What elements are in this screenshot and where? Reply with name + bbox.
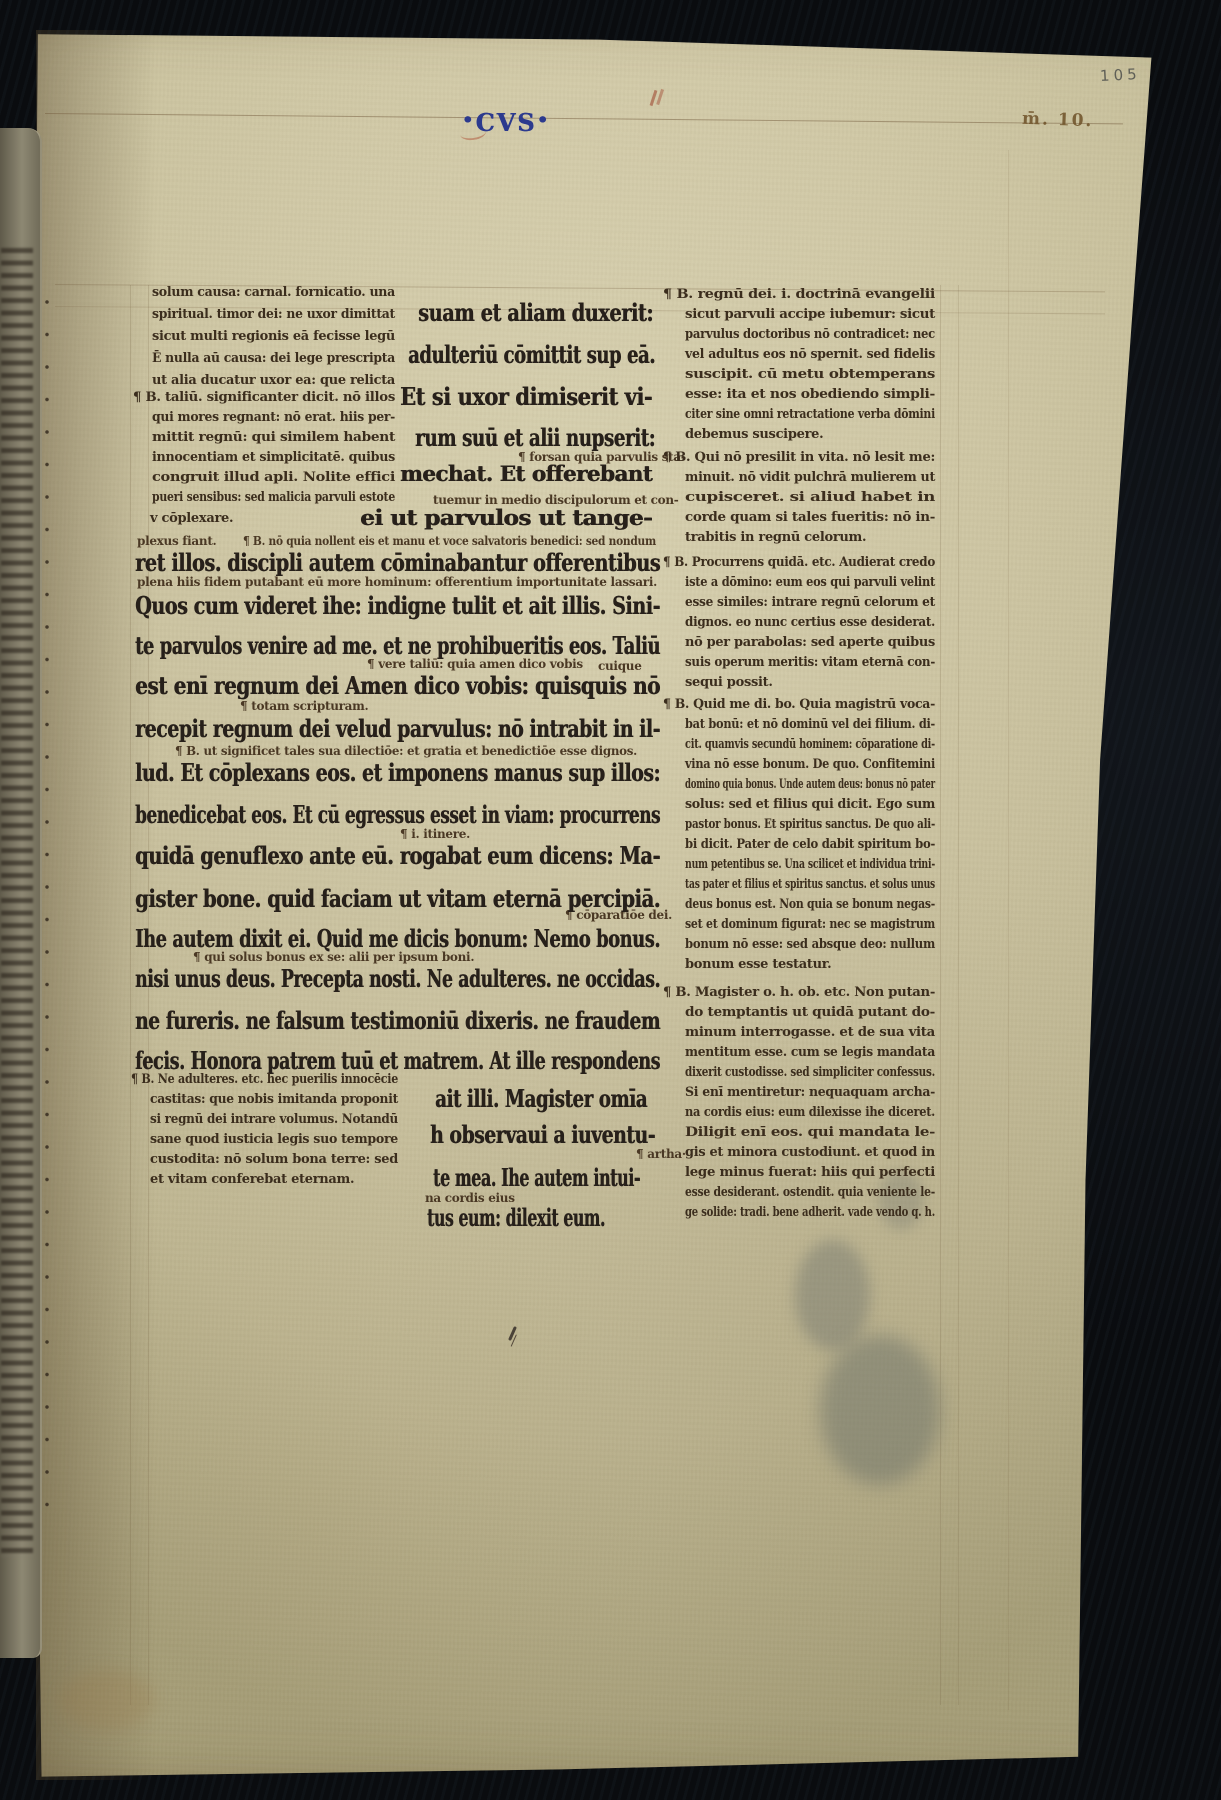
gloss-line: citer sine omni retractatione verba dōmi… [685, 407, 935, 422]
gloss-line: do temptantis ut quidā putant do- [685, 1005, 935, 1020]
gloss-line: Diligit enī eos. qui mandata le- [685, 1125, 935, 1140]
main-text-line: h observaui a iuventu- [430, 1122, 655, 1148]
gloss-line: corde quam si tales fueritis: nō in- [685, 510, 935, 525]
gloss-line: bonum nō esse: sed absque deo: nullum [685, 937, 935, 952]
main-text-line: te parvulos venire ad me. et ne prohibue… [135, 633, 660, 659]
gloss-line: tas pater et filius et spiritus sanctus.… [685, 877, 935, 892]
gloss-line: ge solide: tradi. bene adherit. vade ven… [685, 1205, 935, 1220]
gloss-line: congruit illud apli. Nolite effici [152, 470, 395, 485]
gloss-line: sicut parvuli accipe iubemur: sicut [685, 307, 935, 322]
gloss-line: sicut multi regionis eā fecisse legū [152, 329, 395, 344]
running-title: ·cvs· [448, 100, 564, 140]
interlinear-gloss: ¶ totam scripturam. [240, 699, 368, 713]
main-text-line: Quos cum videret ihe: indigne tulit et a… [135, 593, 660, 619]
gloss-line: solum causa: carnal. fornicatio. una [152, 285, 395, 300]
gloss-line: ¶ B. Magister o. h. ob. etc. Non putan- [663, 985, 935, 1000]
gloss-line: bat bonū: et nō dominū vel dei filium. d… [685, 717, 935, 732]
gloss-line: pueri sensibus: sed malicia parvuli esto… [152, 490, 395, 505]
main-text-line: ne fureris. ne falsum testimoniū dixeris… [135, 1008, 660, 1034]
gloss-line: esse: ita et nos obediendo simpli- [685, 387, 935, 402]
gloss-line: mentitum esse. cum se legis mandata [685, 1045, 935, 1060]
gloss-line: v cōplexare. [150, 511, 233, 526]
gloss-line: vina nō esse bonum. De quo. Confitemini [685, 757, 935, 772]
folio-number: 105 [1100, 65, 1142, 85]
gloss-line: esse desiderant. ostendit. quia veniente… [685, 1185, 935, 1200]
gloss-line: suscipit. cū metu obtemperans [685, 367, 935, 382]
main-text-line: suam et aliam duxerit: [418, 300, 653, 326]
gloss-line: ut alia ducatur uxor ea: que relicta [152, 373, 395, 388]
gloss-line: Si enī mentiretur: nequaquam archa- [685, 1085, 935, 1100]
main-text-line: lud. Et cōplexans eos. et imponens manus… [135, 760, 660, 786]
main-text-line: fecis. Honora patrem tuū et matrem. At i… [135, 1048, 660, 1074]
gloss-line: lege minus fuerat: hiis qui perfecti [685, 1165, 935, 1180]
gloss-line: bonum esse testatur. [685, 957, 831, 972]
gloss-line: castitas: que nobis imitanda proponit [150, 1092, 398, 1107]
gloss-line: na cordis eius: eum dilexisse ihe dicere… [685, 1105, 935, 1120]
ruled-line-vertical [940, 285, 941, 1705]
gloss-line: set et dominum figurat: nec se magistrum [685, 917, 935, 932]
gloss-line: custodita: nō solum bona terre: sed [150, 1152, 398, 1167]
main-text-line: mechat. Et offerebant [400, 461, 652, 487]
gloss-line: dignos. eo nunc certius esse desiderat. [685, 615, 935, 630]
main-text-line: tus eum: dilexit eum. [427, 1205, 605, 1231]
main-text-line: quidā genuflexo ante eū. rogabat eum dic… [135, 843, 660, 869]
gloss-line: ¶ B. Qui nō presilit in vita. nō lesit m… [663, 450, 935, 465]
gloss-line: cit. quamvis secundū hominem: cōparation… [685, 737, 935, 752]
gloss-line: ¶ B. taliū. significanter dicit. nō illo… [133, 390, 395, 405]
gloss-line: mittit regnū: qui similem habent [152, 430, 395, 445]
manuscript-photo: ·cvs· 105 m̄. 10. solum causa: carnal. f… [0, 0, 1221, 1800]
chapter-mark: m̄. 10. [1022, 109, 1094, 131]
gloss-line: parvulus doctoribus nō contradicet: nec [685, 327, 935, 342]
ruled-line-vertical [130, 285, 131, 1705]
interlinear-gloss: ¶ forsan quia parvulis sta- [518, 450, 686, 464]
ruled-line-vertical [958, 285, 959, 1705]
gloss-line: nō per parabolas: sed aperte quibus [685, 635, 935, 650]
gloss-line: minuit. nō vidit pulchrā mulierem ut [685, 470, 935, 485]
gloss-line: et vitam conferebat eternam. [150, 1172, 354, 1187]
main-text-line: recepit regnum dei velud parvulus: nō in… [135, 716, 660, 742]
previous-page-edge [0, 128, 42, 1658]
gloss-line: sequi possit. [685, 675, 773, 690]
gloss-line: vel adultus eos nō spernit. sed fidelis [685, 347, 935, 362]
gloss-line: domino quia bonus. Unde autem deus: bonu… [685, 777, 935, 792]
main-text-line: ei ut parvulos ut tange- [360, 505, 652, 531]
pricking-marks [44, 298, 52, 1508]
gloss-line: ¶ B. Quid me di. bo. Quia magistrū voca- [663, 697, 935, 712]
gloss-line: minum interrogasse. et de sua vita [685, 1025, 935, 1040]
interlinear-gloss: ¶ artha· [636, 1147, 686, 1161]
main-text-line: te mea. Ihe autem intui- [433, 1165, 640, 1191]
gloss-line: trabitis in regnū celorum. [685, 530, 866, 545]
gloss-line: innocentiam et simplicitatē. quibus [152, 450, 395, 465]
gloss-line: qui mores regnant: nō erat. hiis per- [152, 410, 395, 425]
gloss-line: spiritual. timor dei: ne uxor dimittat [152, 307, 395, 322]
stain [60, 1670, 155, 1730]
main-text-line: est enī regnum dei Amen dico vobis: quis… [135, 673, 660, 699]
main-text-line: Ihe autem dixit ei. Quid me dicis bonum:… [135, 926, 660, 952]
gloss-line: dixerit custodisse. sed simpliciter conf… [685, 1065, 935, 1080]
stain [795, 1240, 870, 1350]
ruled-line-vertical [148, 285, 149, 1705]
gloss-line: cupisceret. si aliud habet in [685, 490, 935, 505]
main-text-line: Et si uxor dimiserit vi- [400, 384, 652, 410]
gloss-line: ¶ B. Procurrens quidā. etc. Audierat cre… [663, 555, 935, 570]
gloss-line: esse similes: intrare regnū celorum et [685, 595, 935, 610]
gloss-line: num petentibus se. Una scilicet et indiv… [685, 857, 935, 872]
stain [820, 1335, 940, 1485]
gloss-line: suis operum meritis: vitam eternā con- [685, 655, 935, 670]
interlinear-gloss: plexus fiant. [137, 534, 216, 548]
interlinear-gloss: ¶ B. ut significet tales sua dilectiōe: … [175, 744, 637, 758]
gloss-line: Ē nulla aū causa: dei lege prescripta [152, 351, 395, 366]
main-text-line: rum suū et alii nupserit: [415, 425, 655, 451]
interlinear-gloss: ¶ B. nō quia nollent eis et manu et voce… [243, 534, 656, 548]
main-text-line: benedicebat eos. Et cū egressus esset in… [135, 802, 660, 828]
ruled-line-vertical [1008, 150, 1009, 1710]
gloss-line: ¶ B. Ne adulteres. etc. hec puerilis inn… [131, 1072, 398, 1087]
gloss-line: pastor bonus. Et spiritus sanctus. De qu… [685, 817, 935, 832]
gloss-line: debemus suscipere. [685, 427, 823, 442]
gloss-line: iste a dōmino: eum eos qui parvuli velin… [685, 575, 935, 590]
gloss-line: ¶ B. regnū dei. i. doctrinā evangelii [663, 287, 935, 302]
main-text-line: gister bone. quid faciam ut vitam eternā… [135, 886, 660, 912]
gloss-line: bi dicit. Pater de celo dabit spiritum b… [685, 837, 935, 852]
gloss-line: gis et minora custodiunt. et quod in [685, 1145, 935, 1160]
gloss-line: solus: sed et filius qui dicit. Ego sum [685, 797, 935, 812]
gloss-line: si regnū dei intrare volumus. Notandū [150, 1112, 398, 1127]
main-text-line: ait illi. Magister omīa [435, 1086, 647, 1112]
gloss-line: sane quod iusticia legis suo tempore [150, 1132, 398, 1147]
gloss-line: deus bonus est. Non quia se bonum negas- [685, 897, 935, 912]
interlinear-gloss: plena hiis fidem putabant eū more hominu… [137, 575, 657, 589]
main-text-line: adulteriū cōmittit sup eā. [408, 342, 655, 368]
main-text-line: ret illos. discipli autem cōminabantur o… [135, 550, 660, 576]
interlinear-gloss: tuemur in medio discipulorum et con- [433, 493, 679, 507]
interlinear-gloss: ¶ i. itinere. [400, 827, 470, 841]
main-text-line: nisi unus deus. Precepta nosti. Ne adult… [135, 966, 660, 992]
